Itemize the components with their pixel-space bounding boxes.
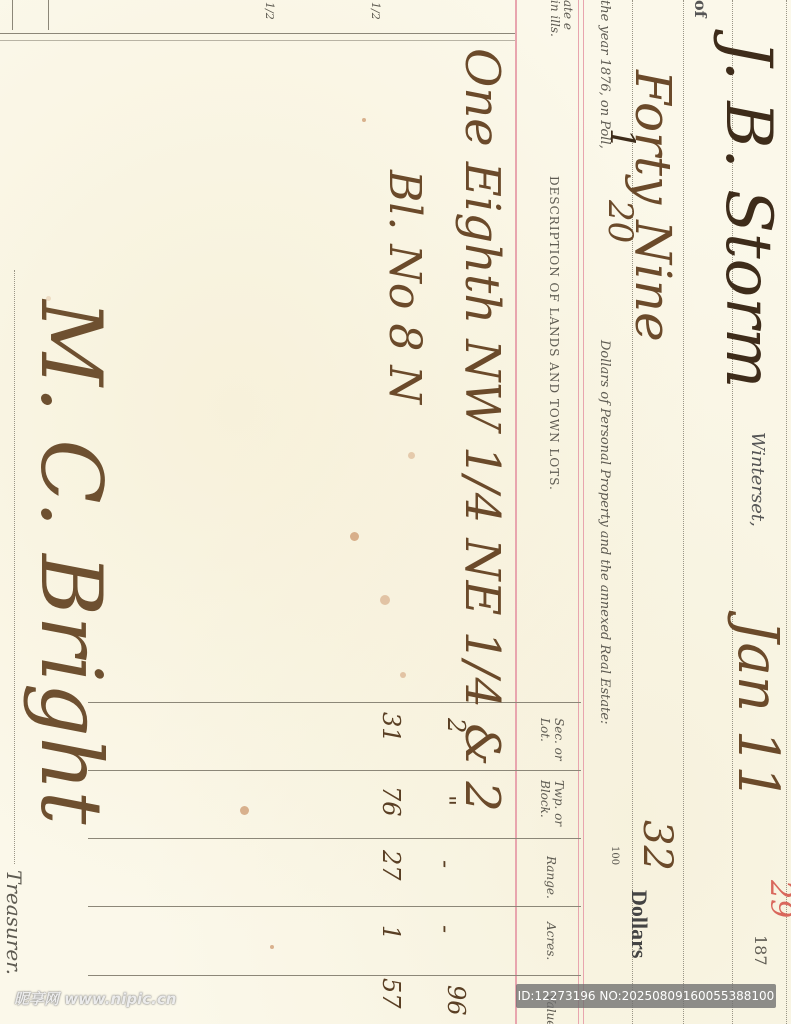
stain [270, 945, 274, 949]
left-partial-header: ate e in ills. [548, 0, 574, 40]
top-col-divider-2 [48, 0, 49, 30]
stain [350, 532, 359, 541]
stain [46, 296, 51, 301]
cell-twp-block-row-4: 1 [377, 925, 405, 940]
dotted-line-signature [14, 270, 15, 864]
receipt-number: 29 [763, 880, 791, 918]
cents-denominator: 100 [609, 846, 620, 865]
date-handwritten: Jan 11 [725, 620, 790, 801]
place-printed: Winterset, [747, 432, 768, 527]
col-header-range: Range. [544, 856, 558, 899]
description-line-1: One Eighth NW 1/4 NE 1/4 & 2 [454, 48, 510, 812]
tax-year-text: the year 1876, on Poll, [597, 0, 612, 149]
cell-sec-lot-row-2: " [432, 795, 460, 806]
stain [240, 806, 249, 815]
description-header: DESCRIPTION OF LANDS AND TOWN LOTS. [547, 176, 561, 491]
of-label: of [691, 0, 710, 18]
stain [408, 452, 415, 459]
left-fraction-1: 1/2 [263, 2, 276, 20]
top-col-divider-1 [12, 0, 13, 30]
description-line-2: Bl. No 8 N [379, 170, 430, 404]
property-text: Dollars of Personal Property and the ann… [597, 340, 612, 724]
amount-cents-handwritten: 32 [634, 820, 680, 871]
cell-twp-block-row-1: 31 [377, 712, 405, 743]
table-rule-4 [88, 906, 581, 907]
table-rule-5 [88, 975, 581, 976]
watermark-id: ID:12273196 NO:20250809160055388100 [516, 984, 776, 1008]
left-fraction-2: 1/2 [369, 2, 382, 20]
cell-sec-lot-row-3: - [432, 860, 460, 868]
col-header-twp-block: Twp. or Block. [538, 780, 566, 840]
treasurer-signature: M. C. Bright [22, 300, 120, 824]
table-rule-3 [88, 838, 581, 839]
treasurer-title: Treasurer. [2, 870, 26, 975]
dotted-line-payer [683, 0, 684, 1024]
cell-twp-block-row-5: 57 [377, 978, 405, 1009]
personal-property-handwritten: 20 [600, 200, 640, 243]
pink-rule-right-a [578, 0, 579, 1024]
stain [380, 595, 390, 605]
col-header-acres: Acres. [544, 922, 558, 960]
poll-value-handwritten: 1 [602, 128, 642, 150]
col-header-sec-lot: Sec. or Lot. [538, 718, 566, 778]
cell-sec-lot-row-5: 96 [442, 985, 470, 1016]
cell-twp-block-row-3: 27 [377, 850, 405, 881]
cell-sec-lot-row-1: 2 [442, 718, 470, 733]
dollars-label: Dollars [626, 890, 652, 958]
cell-sec-lot-row-4: - [432, 925, 460, 933]
pink-rule-right-b [583, 0, 584, 1024]
payer-name-handwritten: J. B. Storm [711, 40, 785, 388]
year-prefix: 187 [751, 935, 770, 966]
watermark-site: 昵享网 www.nipic.cn [14, 988, 176, 1009]
top-rule-2 [0, 40, 515, 41]
stain [400, 672, 406, 678]
stain [362, 118, 366, 122]
cell-twp-block-row-2: 76 [377, 786, 405, 817]
top-rule-1 [0, 33, 515, 34]
pink-rule-left [515, 0, 517, 1024]
dotted-line-edge [786, 0, 787, 1024]
